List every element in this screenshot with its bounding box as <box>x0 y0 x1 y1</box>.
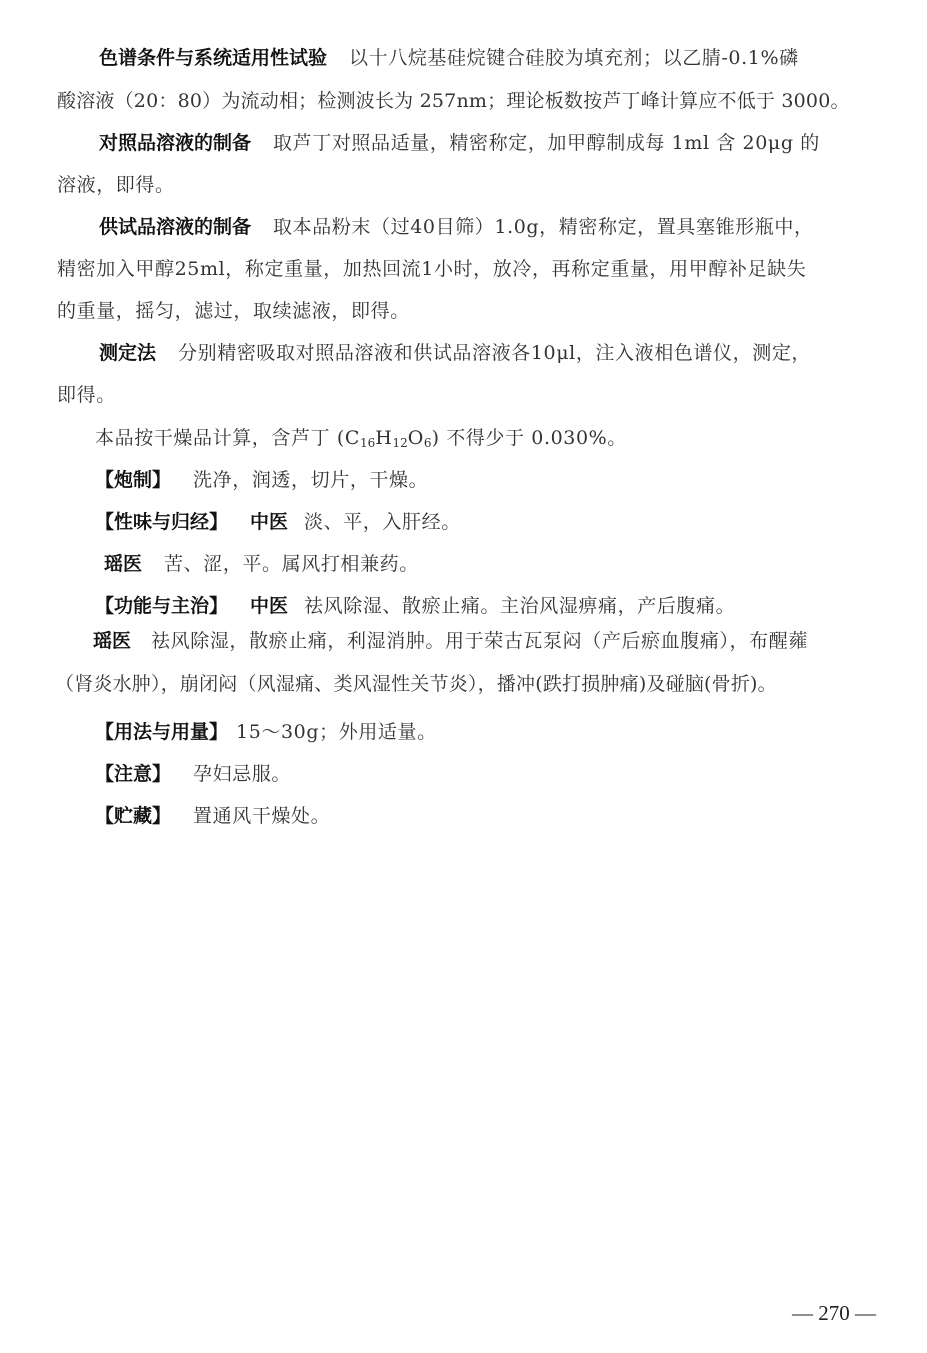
test-solution-line-2: 精密加入甲醇25ml，称定重量，加热回流1小时，放冷，再称定重量，用甲醇补足缺失 <box>57 257 872 281</box>
processing-line: 【炮制】洗净，润透，切片，干燥。 <box>95 468 910 492</box>
content-limit-prefix: 本品按干燥品计算，含芦丁 (C <box>95 427 360 449</box>
nature-yao-text: 苦、涩，平。属风打相兼药。 <box>164 553 419 575</box>
caution-text: 孕妇忌服。 <box>193 763 291 785</box>
formula-o: O <box>408 427 424 449</box>
assay-text-2: 即得。 <box>57 384 116 406</box>
assay-line-1: 测定法分别精密吸取对照品溶液和供试品溶液各10μl，注入液相色谱仪，测定， <box>99 341 872 365</box>
nature-meridian-line: 【性味与归经】中医淡、平，入肝经。 <box>95 510 910 534</box>
formula-h: H <box>375 427 392 449</box>
dosage-heading: 【用法与用量】 <box>95 721 228 743</box>
storage-text: 置通风干燥处。 <box>193 805 330 827</box>
functions-heading: 【功能与主治】 <box>95 595 228 617</box>
nature-meridian-heading: 【性味与归经】 <box>95 511 228 533</box>
formula-subscript-h: 12 <box>392 436 407 450</box>
test-solution-text-3: 的重量，摇匀，滤过，取续滤液，即得。 <box>57 300 410 322</box>
nature-yao-label: 瑶医 <box>104 553 142 575</box>
processing-text: 洗净，润透，切片，干燥。 <box>193 469 428 491</box>
functions-yao-label: 瑶医 <box>93 630 131 652</box>
test-solution-line-1: 供试品溶液的制备取本品粉末（过40目筛）1.0g，精密称定，置具塞锥形瓶中， <box>99 215 872 239</box>
storage-line: 【贮藏】置通风干燥处。 <box>95 804 910 828</box>
formula-subscript-o: 6 <box>424 436 432 450</box>
functions-yao-text-1: 祛风除湿，散瘀止痛，利湿消肿。用于荣古瓦泵闷（产后瘀血腹痛），布醒蕹 <box>151 630 808 652</box>
chromatography-heading: 色谱条件与系统适用性试验 <box>99 47 327 69</box>
content-limit-suffix: ) 不得少于 0.030%。 <box>432 427 627 449</box>
chromatography-line-1: 色谱条件与系统适用性试验以十八烷基硅烷键合硅胶为填充剂；以乙腈-0.1%磷 <box>99 46 872 70</box>
reference-solution-heading: 对照品溶液的制备 <box>99 132 251 154</box>
nature-yao-line: 瑶医苦、涩，平。属风打相兼药。 <box>104 552 919 576</box>
caution-line: 【注意】孕妇忌服。 <box>95 762 910 786</box>
processing-heading: 【炮制】 <box>95 469 171 491</box>
formula-subscript-c: 16 <box>360 436 375 450</box>
nature-tcm-label: 中医 <box>250 511 288 533</box>
page-number: — 270 — <box>792 1300 876 1326</box>
assay-line-2: 即得。 <box>57 383 872 407</box>
functions-yao-line-2: （肾炎水肿），崩闭闷（风湿痛、类风湿性关节炎），播冲(跌打损肿痛)及碰脑(骨折)… <box>55 672 870 696</box>
storage-heading: 【贮藏】 <box>95 805 171 827</box>
reference-solution-text-2: 溶液，即得。 <box>57 174 175 196</box>
reference-solution-line-2: 溶液，即得。 <box>57 173 872 197</box>
reference-solution-line-1: 对照品溶液的制备取芦丁对照品适量，精密称定，加甲醇制成每 1ml 含 20μg … <box>99 131 872 155</box>
functions-tcm-text: 祛风除湿、散瘀止痛。主治风湿痹痛，产后腹痛。 <box>304 595 735 617</box>
test-solution-text-2: 精密加入甲醇25ml，称定重量，加热回流1小时，放冷，再称定重量，用甲醇补足缺失 <box>57 258 806 280</box>
chromatography-text-1: 以十八烷基硅烷键合硅胶为填充剂；以乙腈-0.1%磷 <box>349 47 799 69</box>
dosage-line: 【用法与用量】15～30g；外用适量。 <box>95 720 910 744</box>
functions-tcm-label: 中医 <box>250 595 288 617</box>
content-limit-line: 本品按干燥品计算，含芦丁 (C16H12O6) 不得少于 0.030%。 <box>95 426 910 455</box>
assay-text-1: 分别精密吸取对照品溶液和供试品溶液各10μl，注入液相色谱仪，测定， <box>178 342 811 364</box>
functions-yao-text-2: （肾炎水肿），崩闭闷（风湿痛、类风湿性关节炎），播冲(跌打损肿痛)及碰脑(骨折)… <box>55 673 777 695</box>
assay-heading: 测定法 <box>99 342 156 364</box>
test-solution-text-1: 取本品粉末（过40目筛）1.0g，精密称定，置具塞锥形瓶中， <box>273 216 814 238</box>
caution-heading: 【注意】 <box>95 763 171 785</box>
nature-tcm-text: 淡、平，入肝经。 <box>304 511 461 533</box>
reference-solution-text-1: 取芦丁对照品适量，精密称定，加甲醇制成每 1ml 含 20μg 的 <box>273 132 820 154</box>
chromatography-text-2: 酸溶液（20：80）为流动相；检测波长为 257nm；理论板数按芦丁峰计算应不低… <box>57 90 850 112</box>
dosage-text: 15～30g；外用适量。 <box>236 721 437 743</box>
test-solution-line-3: 的重量，摇匀，滤过，取续滤液，即得。 <box>57 299 872 323</box>
functions-yao-line-1: 瑶医祛风除湿，散瘀止痛，利湿消肿。用于荣古瓦泵闷（产后瘀血腹痛），布醒蕹 <box>93 629 872 653</box>
test-solution-heading: 供试品溶液的制备 <box>99 216 251 238</box>
document-page: 色谱条件与系统适用性试验以十八烷基硅烷键合硅胶为填充剂；以乙腈-0.1%磷 酸溶… <box>0 0 927 1353</box>
chromatography-line-2: 酸溶液（20：80）为流动相；检测波长为 257nm；理论板数按芦丁峰计算应不低… <box>57 89 872 113</box>
functions-line: 【功能与主治】中医祛风除湿、散瘀止痛。主治风湿痹痛，产后腹痛。 <box>95 594 910 618</box>
